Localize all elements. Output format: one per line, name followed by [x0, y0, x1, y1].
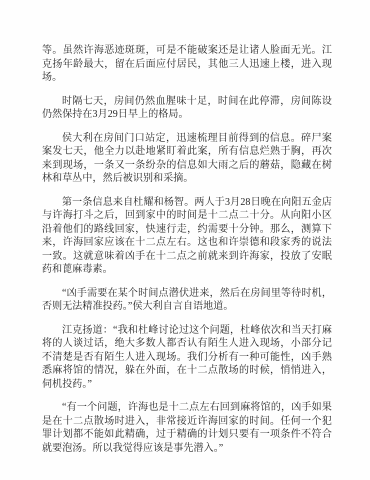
paragraph: 等。虽然许海恶迹斑斑，可是不能破案还是让诸人脸面无光。江克扬年龄最大，留在后面应…	[42, 44, 332, 85]
paragraph: “凶手需要在某个时间点潜伏进来，然后在房间里等待时机，否则无法精准投药。”侯大利…	[42, 287, 332, 314]
paragraph: 第一条信息来自杜耀和杨智。两人于3月28日晚在向阳五金店与许海打斗之后，回到家中…	[42, 196, 332, 277]
paragraph: 侯大利在房间门口站定，迅速梳理目前得到的信息。碎尸案案发七天，他全力以赴地紧盯着…	[42, 132, 332, 186]
paragraph: 时隔七天，房间仍然血腥味十足，时间在此停滞，房间陈设仍然保持在3月29日早上的格…	[42, 95, 332, 122]
paragraph: 江克扬道：“我和杜峰讨论过这个问题，杜峰依次和当天打麻将的人谈过话，绝大多数人都…	[42, 324, 332, 392]
paragraph: “有一个问题，许海也是十二点左右回到麻将馆的，凶手如果是在十二点散场时进入，非常…	[42, 401, 332, 455]
book-page: 等。虽然许海恶迹斑斑，可是不能破案还是让诸人脸面无光。江克扬年龄最大，留在后面应…	[42, 44, 332, 465]
